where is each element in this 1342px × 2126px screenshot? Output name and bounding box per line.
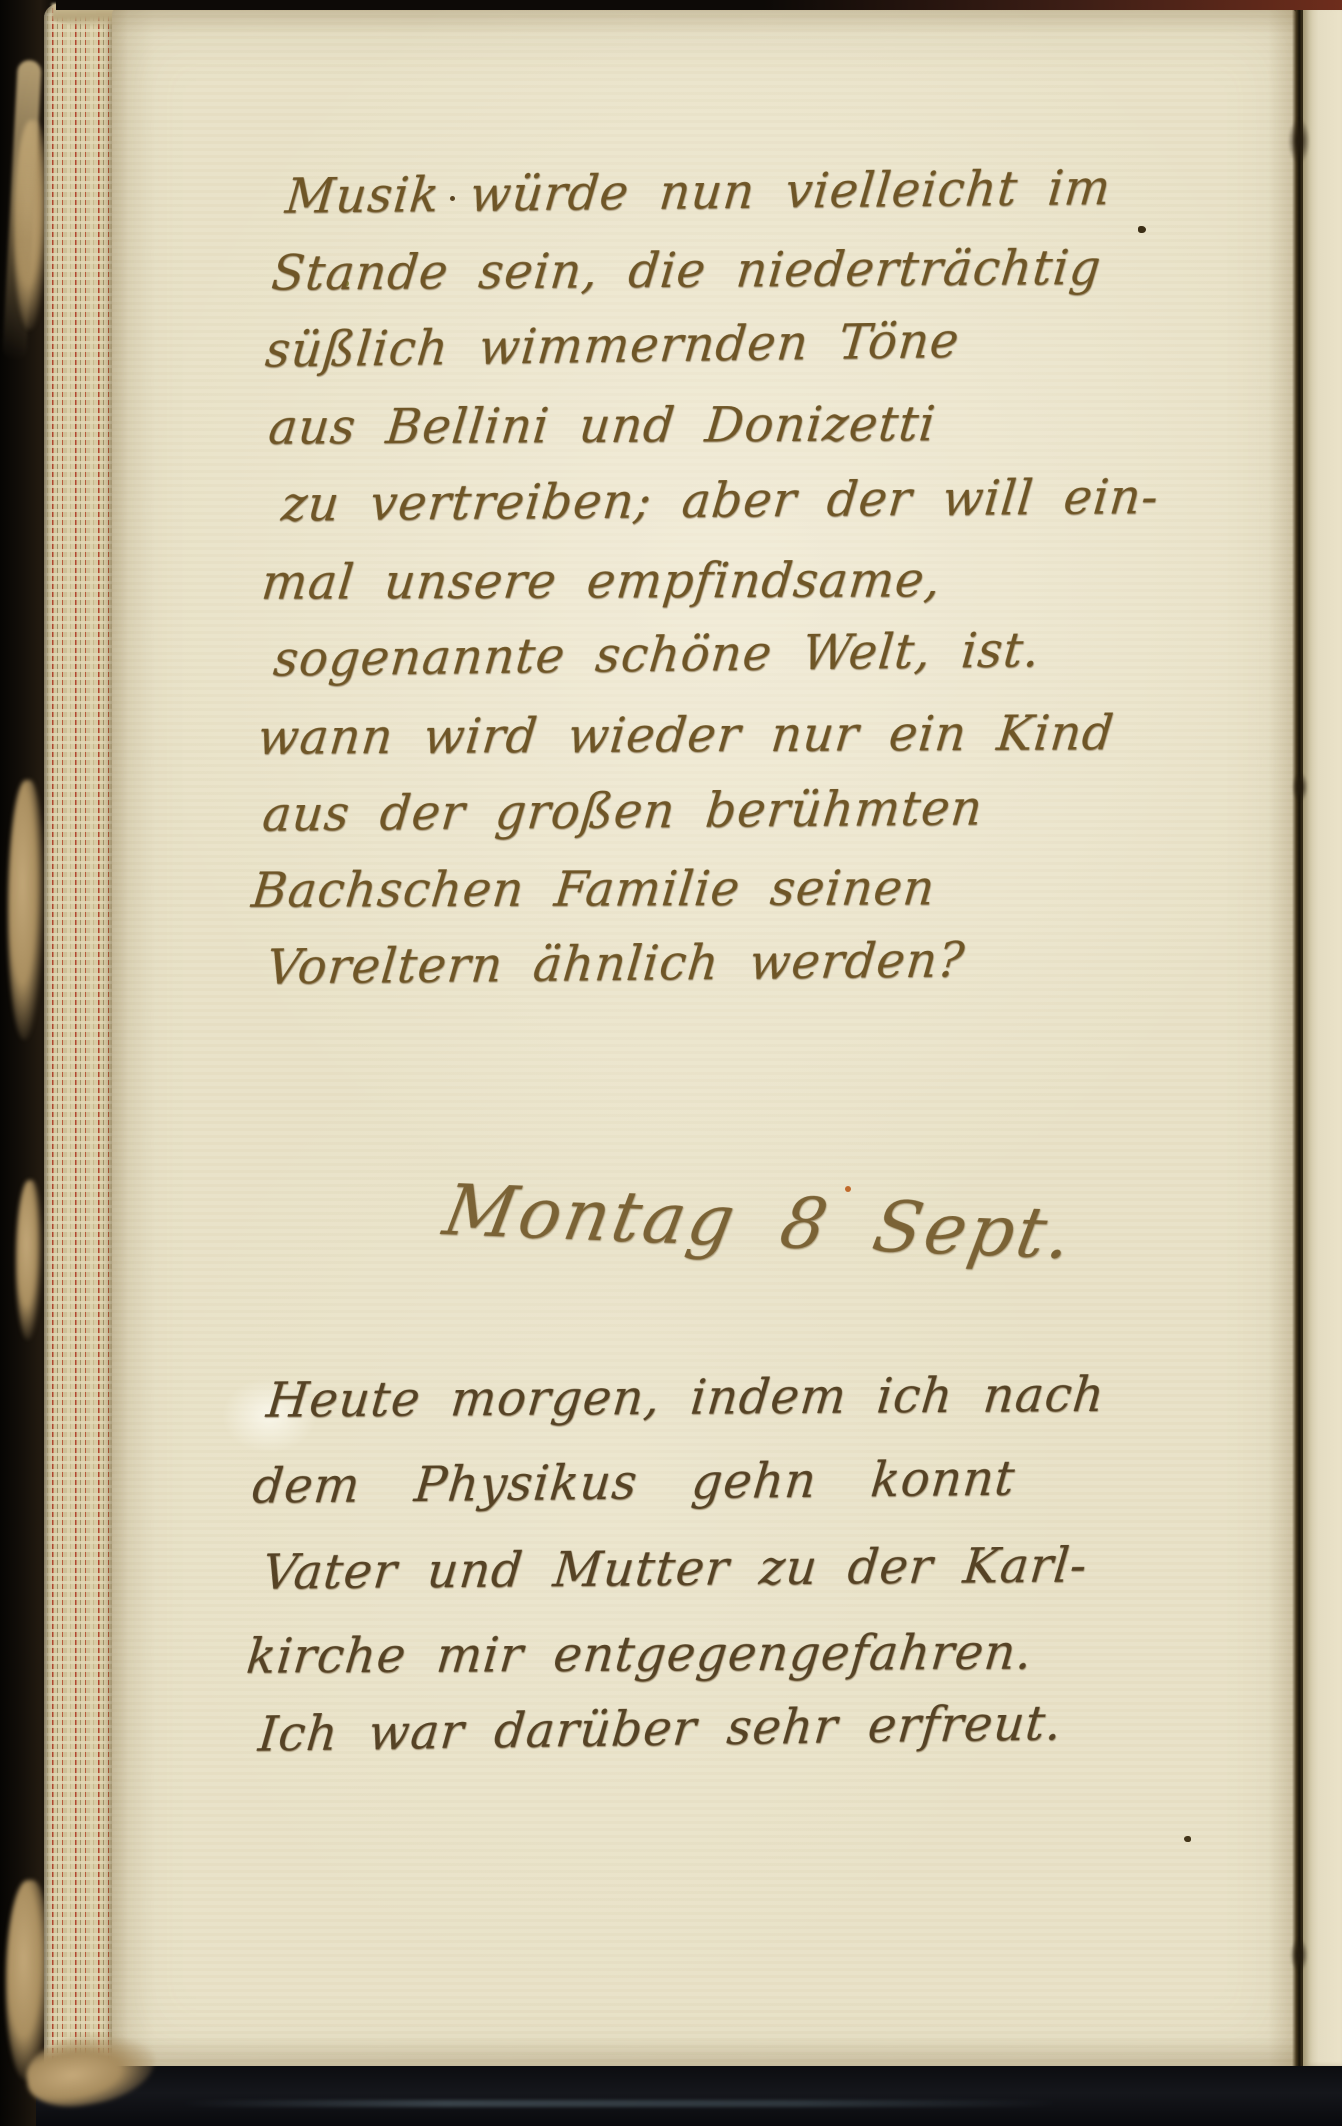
handwriting-line: Heute morgen, indem ich nach bbox=[264, 1368, 1107, 1429]
page-fore-edges bbox=[44, 4, 116, 2120]
edge-notch bbox=[1292, 772, 1308, 802]
handwriting-line: Musik würde nun vielleicht im bbox=[283, 161, 1113, 225]
handwriting-line: Bachschen Familie seinen bbox=[249, 862, 938, 920]
handwriting-line: wann wird wieder nur ein Kind bbox=[255, 706, 1117, 766]
handwriting-line: mal unsere empfindsame, bbox=[259, 554, 944, 612]
handwriting-line: zu vertreiben; aber der will ein- bbox=[279, 470, 1161, 533]
handwriting-line: aus Bellini und Donizetti bbox=[266, 397, 938, 456]
cover-top-edge bbox=[56, 0, 1342, 10]
handwriting-line: Voreltern ähnlich werden? bbox=[264, 934, 967, 997]
handwriting-line: kirche mir entgegengefahren. bbox=[244, 1626, 1035, 1685]
handwriting-line: Ich war darüber sehr erfreut. bbox=[256, 1697, 1064, 1763]
facing-page-edge bbox=[1303, 5, 1342, 2067]
handwriting-line: sogenannte schöne Welt, ist. bbox=[271, 624, 1042, 689]
handwriting-line: Stande sein, die niederträchtig bbox=[269, 241, 1104, 302]
cover-wear-patch bbox=[8, 780, 44, 1040]
handwriting-line: dem Physikus gehn konnt bbox=[250, 1452, 1018, 1515]
ink-fleck bbox=[1138, 226, 1146, 233]
scan-background: Musik würde nun vielleicht im Stande sei… bbox=[0, 0, 1342, 2126]
handwriting-line: süßlich wimmernden Töne bbox=[263, 314, 962, 379]
cover-bottom-smudge bbox=[180, 2100, 1060, 2107]
handwriting-line: aus der großen berühmten bbox=[260, 782, 985, 844]
edge-notch bbox=[1290, 1938, 1308, 1972]
handwriting-line: Vater und Mutter zu der Karl- bbox=[260, 1539, 1090, 1601]
edge-notch bbox=[1288, 118, 1310, 164]
cover-wear-patch bbox=[16, 1180, 42, 1340]
cover-bottom-edge bbox=[36, 2066, 1342, 2126]
ink-fleck bbox=[1184, 1836, 1191, 1842]
